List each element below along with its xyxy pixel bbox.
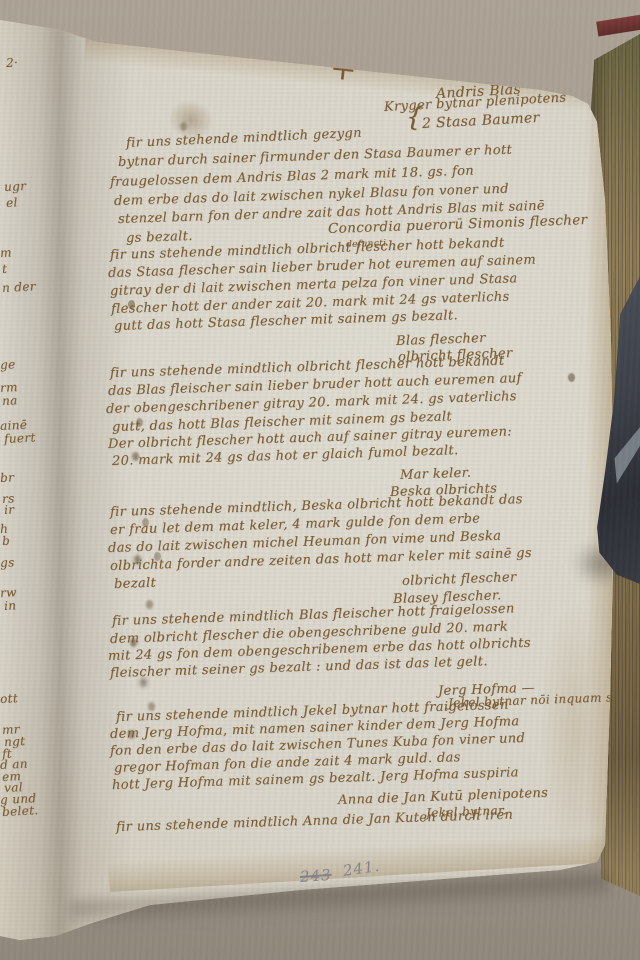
manuscript-line: mit 24 gs fon dem obengeschribenem erbe …	[108, 636, 531, 664]
manuscript-line: gutt, das hott Blas fleischer mit sainem…	[112, 409, 452, 435]
manuscript-line: bytnar durch sainer firmunder den Stasa …	[118, 143, 513, 170]
margin-fragment: val	[4, 780, 24, 795]
manuscript-line: fleischer mit seiner gs bezalt : und das…	[110, 654, 488, 681]
manuscript-line: bezalt	[114, 576, 157, 592]
manuscript-line: er frau let dem mat keler, 4 mark gulde …	[110, 511, 481, 538]
heading-line: Beska olbrichts	[390, 481, 498, 500]
corner-stain	[163, 93, 220, 146]
margin-fragment: t	[2, 262, 8, 276]
heading-line: 2 Stasa Baumer	[422, 110, 540, 132]
manuscript-line: fraugelossen dem Andris Blas 2 mark mit …	[110, 164, 474, 190]
heading-line: Jerg Hofma —	[438, 681, 535, 699]
interlinear-note: defuncti	[346, 239, 387, 250]
manuscript-line: fir uns stehende mindtlich Jekel bytnar …	[116, 698, 509, 725]
margin-fragment: in	[4, 598, 17, 613]
manuscript-line: fir uns stehende mindtlich olbricht fles…	[110, 354, 505, 381]
manuscript-line: 20. mark mit 24 gs das hot er glaich fum…	[112, 443, 459, 469]
margin-fragment: 2·	[6, 55, 19, 70]
margin-fragment: g und	[0, 791, 37, 807]
margin-fragment: ugr	[4, 179, 27, 194]
margin-fragment: ft	[2, 746, 13, 761]
lower-right-stain	[540, 600, 610, 860]
manuscript-line: fir uns stehende mindtlich, Beska olbric…	[110, 492, 523, 520]
manuscript-line: hott Jerg Hofma mit sainem gs bezalt. Je…	[112, 765, 519, 793]
manuscript-line: stenzel barn fon der andre zait das hott…	[118, 199, 545, 227]
margin-fragment: b	[2, 534, 11, 548]
margin-fragment: ott	[0, 691, 18, 706]
margin-fragment: belet.	[2, 803, 39, 819]
book-page: 2·ugrelmtn dergermnaainēfuertbrrsirhbgsr…	[0, 0, 640, 960]
margin-fragment: fuert	[4, 430, 36, 446]
page-number-top: 241	[550, 37, 597, 69]
heading-line: Kryger bytnar plenipotens	[384, 90, 567, 115]
gutter-fold-shadow	[0, 14, 150, 954]
margin-fragment: ngt	[4, 734, 26, 749]
manuscript-line: das Blas fleischer sain lieber bruder ho…	[108, 371, 522, 399]
manuscript-line: dem Jerg Hofma, mit namen sainer kinder …	[110, 714, 520, 742]
manuscript-line: der obengeschribener gitray 20. mark mit…	[106, 389, 517, 417]
margin-fragment: el	[6, 195, 18, 210]
manuscript-line: olbrichta forder andre zeiten das hott m…	[110, 546, 532, 574]
margin-fragment: rs	[2, 491, 15, 506]
manuscript-line: fir uns stehende mindtlich gezygn	[126, 126, 362, 151]
manuscript-line: fon den erbe das do lait zwischen Tunes …	[110, 731, 526, 759]
heading-line: Concordia puerorū Simonis flescher	[328, 212, 588, 237]
heading-line: Anna die Jan Kutū plenipotens	[338, 786, 549, 808]
margin-fragment: na	[2, 393, 18, 408]
manuscript-line: das Stasa flescher sain lieber bruder ho…	[108, 253, 536, 281]
margin-fragment: d an	[0, 757, 28, 772]
heading-line: olbricht flescher	[398, 346, 513, 365]
top-edge-stain	[83, 36, 603, 113]
manuscript-line: dem erbe das do lait zwischen nykel Blas…	[114, 182, 509, 209]
manuscript-line: gitray der di lait zwischen merta pelza …	[110, 271, 518, 299]
margin-fragment: ge	[0, 357, 16, 372]
brace-mark: {	[405, 102, 424, 133]
heading-line: Blasey flescher.	[393, 588, 502, 607]
manuscript-line: gutt das hott Stasa flescher mit sainem …	[114, 308, 458, 334]
margin-fragment: m	[0, 245, 12, 260]
manuscript-line: Der olbricht flescher hott auch auf sain…	[108, 424, 512, 452]
fox-spots	[128, 300, 135, 309]
book-cover-edge	[596, 14, 640, 36]
margin-fragment: gs	[0, 555, 15, 570]
page-number-bottom: 241.	[342, 857, 382, 880]
manuscript-line: das do lait zwischen michel Heuman fon v…	[108, 529, 502, 556]
margin-fragment: em	[2, 769, 22, 784]
cross-mark: +	[328, 48, 359, 89]
heading-line: Blas flescher	[396, 331, 486, 349]
margin-fragment: ainē	[0, 418, 28, 433]
manuscript-line: flescher hott der ander zait 20. mark mi…	[111, 289, 510, 317]
margin-fragment: ir	[4, 502, 15, 517]
margin-fragment: rm	[0, 380, 18, 395]
margin-fragment: br	[0, 470, 14, 485]
heading-line: Mar keler.	[400, 466, 472, 483]
margin-fragment: n der	[2, 279, 36, 295]
heading-line: Andris Blas	[436, 82, 522, 102]
manuscript-photo: 2·ugrelmtn dergermnaainēfuertbrrsirhbgsr…	[0, 0, 640, 960]
manuscript-line: fir uns stehende mindtlich Anna die Jan …	[116, 808, 514, 835]
manuscript-line: fir uns stehende mindtlich Blas fleische…	[112, 601, 515, 629]
manuscript-line: gregor Hofman fon die ande zait 4 mark g…	[114, 750, 461, 776]
page-number-bottom-old: 243	[299, 866, 332, 886]
manuscript-line: fir uns stehende mindtlich olbricht fles…	[110, 236, 505, 263]
heading-line: Jekel bytnar.	[426, 803, 507, 820]
heading-line: olbricht flescher	[402, 570, 517, 589]
margin-fragment: rw	[0, 585, 17, 600]
manuscript-line: gs bezalt.	[126, 229, 193, 246]
margin-fragment: h	[0, 522, 8, 536]
margin-fragment: mr	[2, 722, 21, 737]
manuscript-line: dem olbricht flescher die obengeschriben…	[110, 619, 508, 646]
